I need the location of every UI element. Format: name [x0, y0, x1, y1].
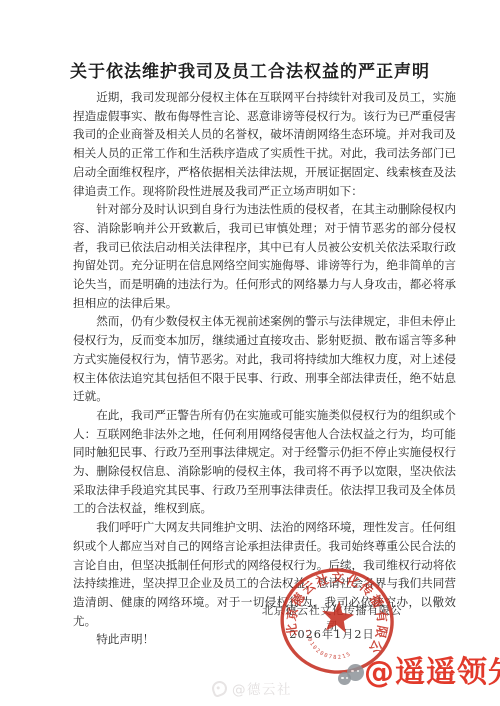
paragraph: 针对部分及时认识到自身行为违法性质的侵权者，在其主动删除侵权内容、消除影响并公开… [73, 200, 456, 312]
document-title: 关于依法维护我司及员工合法权益的严正声明 [0, 57, 500, 82]
paragraph: 近期，我司发现部分侵权主体在互联网平台持续针对我司及员工，实施捏造虚假事实、散布… [73, 88, 456, 200]
paragraph: 在此，我司严正警告所有仍在实施或可能实施类似侵权行为的组织或个人：互联网绝非法外… [73, 406, 456, 518]
document-body: 近期，我司发现部分侵权主体在互联网平台持续针对我司及员工，实施捏造虚假事实、散布… [73, 88, 456, 649]
weibo-handle-text: @德云社 [232, 678, 292, 698]
paragraph: 然而，仍有少数侵权主体无视前述案例的警示与法律规定，非但未停止侵权行为，反而变本… [73, 312, 456, 406]
chat-bubbles-icon [336, 656, 366, 690]
weibo-icon [210, 678, 229, 697]
repost-handle-text: @遥遥领先 [364, 656, 500, 690]
statement-page: 关于依法维护我司及员工合法权益的严正声明 近期，我司发现部分侵权主体在互联网平台… [0, 0, 500, 706]
faint-weibo-watermark: @德云社 [212, 678, 292, 698]
repost-watermark: @遥遥领先 [336, 656, 500, 690]
seal-star-icon [320, 599, 356, 633]
